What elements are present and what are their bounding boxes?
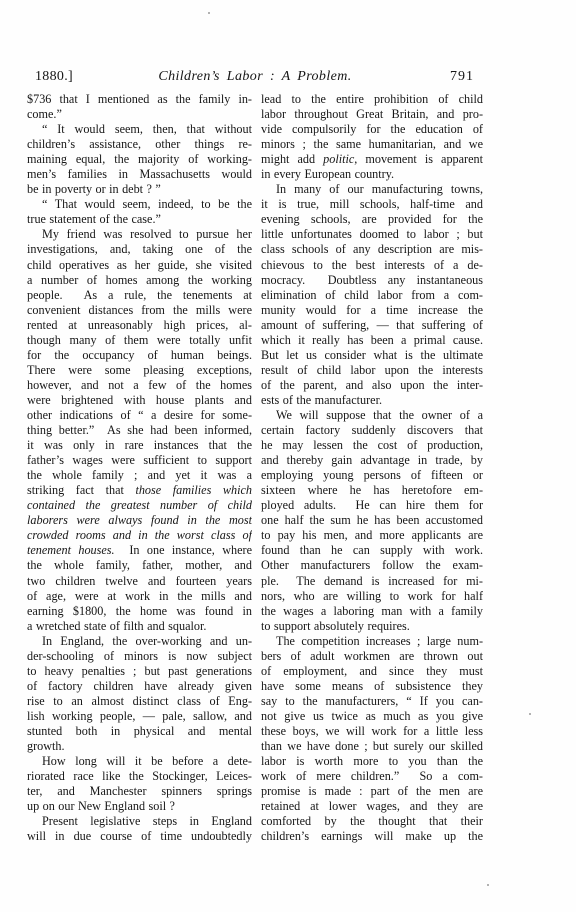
text-line: come.”	[27, 107, 252, 122]
text-line: evening schools, are provided for the	[261, 212, 483, 227]
text-line: laborers were always found in the most	[27, 513, 252, 528]
text-line: retained at lower wages, and they are	[261, 799, 483, 814]
text-line: he may lessen the cost of production,	[261, 438, 483, 453]
text-line: crowded rooms and in the worst class of	[27, 528, 252, 543]
text-line: for the occupancy of human beings.	[27, 348, 252, 363]
text-line: it is true, mill schools, half-time and	[261, 197, 483, 212]
text-line: der-schooling of minors is now subject	[27, 649, 252, 664]
text-line: true statement of the case.”	[27, 212, 252, 227]
scan-speck	[208, 12, 210, 14]
text-line: In many of our manufacturing towns,	[261, 182, 483, 197]
text-line: striking fact that those families which	[27, 483, 252, 498]
text-line: We will suppose that the owner of a	[261, 408, 483, 423]
text-column-right: lead to the entire prohibition of childl…	[261, 92, 483, 844]
text-line: ter, and Manchester spinners springs	[27, 784, 252, 799]
text-line: other indications of “ a desire for some…	[27, 408, 252, 423]
text-line: father’s wages were sufficient to suppor…	[27, 453, 252, 468]
text-line: stunted both in physical and mental	[27, 724, 252, 739]
text-line: Present legislative steps in England	[27, 814, 252, 829]
text-line: There were some pleasing exceptions,	[27, 363, 252, 378]
text-line: riorated race like the Stockinger, Leice…	[27, 769, 252, 784]
text-line: it was only in rare instances that the	[27, 438, 252, 453]
scan-speck	[529, 713, 531, 715]
text-line: How long will it be before a dete-	[27, 754, 252, 769]
text-line: convenient distances from the mills were	[27, 303, 252, 318]
text-line: nors, who are willing to work for half	[261, 589, 483, 604]
text-line: though many of them were totally unfit	[27, 333, 252, 348]
text-line: these boys, we will work for a little le…	[261, 724, 483, 739]
text-line: however, and not a few of the homes	[27, 378, 252, 393]
text-line: up on our New England soil ?	[27, 799, 252, 814]
text-line: children’s earnings will make up the	[261, 829, 483, 844]
text-line: of factory children have already given	[27, 679, 252, 694]
text-line: the whole family ; and yet it was a	[27, 468, 252, 483]
scanned-page: 1880.] Children’s Labor : A Problem. 791…	[0, 0, 576, 912]
text-line: than we have done ; but surely our skill…	[261, 739, 483, 754]
text-line: two children twelve and fourteen years	[27, 574, 252, 589]
text-line: not give us twice as much as you give	[261, 709, 483, 724]
text-line: comforted by the thought that their	[261, 814, 483, 829]
text-line: growth.	[27, 739, 252, 754]
text-line: “ It would seem, then, that without	[27, 122, 252, 137]
text-line: of employment, and since they must	[261, 664, 483, 679]
scan-speck	[487, 884, 489, 886]
text-line: earning $1800, the home was found in	[27, 604, 252, 619]
text-line: which it really has been a primal cause.	[261, 333, 483, 348]
text-line: found than he can supply with work.	[261, 543, 483, 558]
text-line: a wretched state of filth and squalor.	[27, 619, 252, 634]
text-column-left: $736 that I mentioned as the family in-c…	[27, 92, 252, 844]
text-line: ests of the manufacturer.	[261, 393, 483, 408]
text-line: be in poverty or in debt ? ”	[27, 182, 252, 197]
text-line: to support absolutely requires.	[261, 619, 483, 634]
text-line: “ That would seem, indeed, to be the	[27, 197, 252, 212]
text-line: of the parent, and also upon the inter-	[261, 378, 483, 393]
text-line: in every European country.	[261, 167, 483, 182]
text-line: vide compulsorily for the education of	[261, 122, 483, 137]
text-line: $736 that I mentioned as the family in-	[27, 92, 252, 107]
text-line: rented at unreasonably high prices, al-	[27, 318, 252, 333]
text-line: munity would for a time increase the	[261, 303, 483, 318]
text-line: of age, were at work in the mills and	[27, 589, 252, 604]
page-header: 1880.] Children’s Labor : A Problem. 791	[27, 69, 483, 89]
text-line: might add politic, movement is apparent	[261, 152, 483, 167]
text-line: labor is worth more to you than the	[261, 754, 483, 769]
text-line: have some means of subsistence they	[261, 679, 483, 694]
text-line: ple. The demand is increased for mi-	[261, 574, 483, 589]
text-line: were brightened with house plants and	[27, 393, 252, 408]
text-line: elimination of child labor from a com-	[261, 288, 483, 303]
text-line: and thereby gain advantage in trade, by	[261, 453, 483, 468]
text-line: The competition increases ; large num-	[261, 634, 483, 649]
text-line: labor throughout Great Britain, and pro-	[261, 107, 483, 122]
text-line: rise to an almost distinct class of Eng-	[27, 694, 252, 709]
text-line: mocracy. Doubtless any instantaneous	[261, 273, 483, 288]
text-line: to heavy penalties ; but past generation…	[27, 664, 252, 679]
text-line: to pay his men, and more applicants are	[261, 528, 483, 543]
text-line: certain factory suddenly discovers that	[261, 423, 483, 438]
header-title: Children’s Labor : A Problem.	[27, 69, 483, 85]
text-line: thing better.” As she had been informed,	[27, 423, 252, 438]
text-line: bers of adult workmen are thrown out	[261, 649, 483, 664]
text-line: contained the greatest number of child	[27, 498, 252, 513]
text-line: one half the sum he has been accustomed	[261, 513, 483, 528]
text-line: ployed adults. He can hire them for	[261, 498, 483, 513]
text-line: employing young persons of fifteen or	[261, 468, 483, 483]
text-line: result of child labor upon the interests	[261, 363, 483, 378]
text-line: amount of suffering, — that suffering of	[261, 318, 483, 333]
text-line: children’s assistance, other things re-	[27, 137, 252, 152]
text-line: My friend was resolved to pursue her	[27, 227, 252, 242]
text-line: maining equal, the majority of working-	[27, 152, 252, 167]
text-line: work of mere children.” So a com-	[261, 769, 483, 784]
text-line: But let us consider what is the ultimate	[261, 348, 483, 363]
text-line: will in due course of time undoubtedly	[27, 829, 252, 844]
text-line: minors ; the same humanitarian, and we	[261, 137, 483, 152]
text-line: lish working people, — pale, sallow, and	[27, 709, 252, 724]
text-line: investigations, and, taking one of the	[27, 242, 252, 257]
text-line: In England, the over-working and un-	[27, 634, 252, 649]
text-line: sixteen where he has heretofore em-	[261, 483, 483, 498]
text-line: a number of homes among the working	[27, 273, 252, 288]
text-line: Other manufacturers follow the exam-	[261, 558, 483, 573]
text-line: say to the manufacturers, “ If you can-	[261, 694, 483, 709]
text-line: the whole family, father, mother, and	[27, 558, 252, 573]
text-line: people. As a rule, the tenements at	[27, 288, 252, 303]
header-page-number: 791	[450, 69, 474, 85]
text-line: the wages a laboring man with a family	[261, 604, 483, 619]
text-line: little unfortunates doomed to labor ; bu…	[261, 227, 483, 242]
text-line: promise is made : part of the men are	[261, 784, 483, 799]
text-line: chievous to the best interests of a de-	[261, 258, 483, 273]
text-line: men’s families in Massachusetts would	[27, 167, 252, 182]
text-line: tenement houses. In one instance, where	[27, 543, 252, 558]
text-line: child operatives as her guide, she visit…	[27, 258, 252, 273]
text-line: lead to the entire prohibition of child	[261, 92, 483, 107]
text-line: class schools of any description are mis…	[261, 242, 483, 257]
